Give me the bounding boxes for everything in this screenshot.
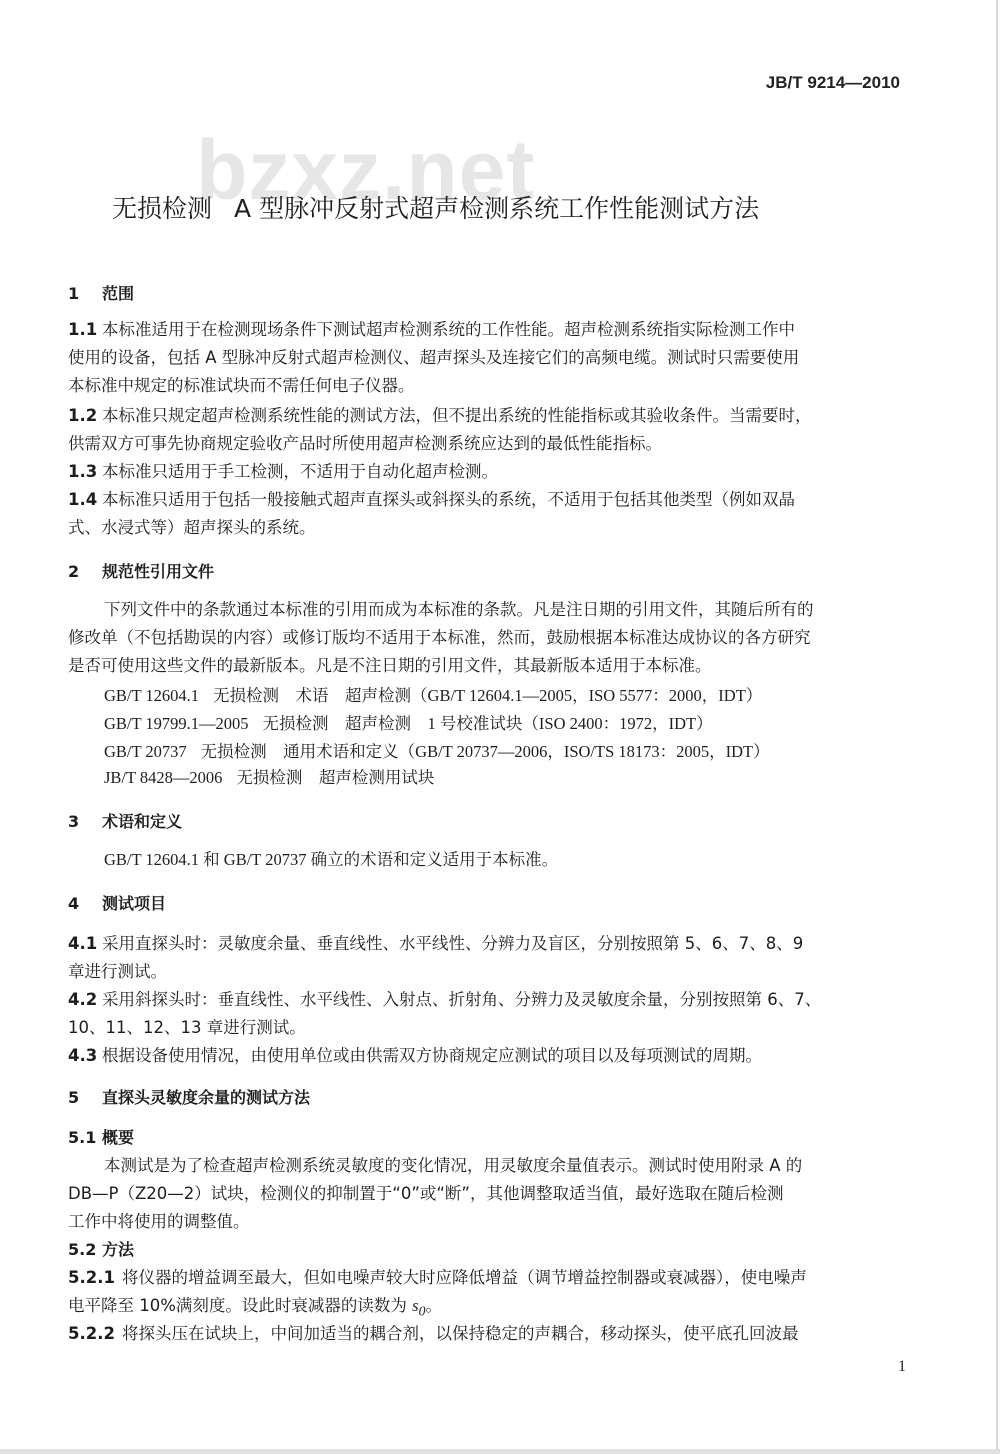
section-3-heading: 3术语和定义 <box>68 810 182 834</box>
section-2-intro-line-3: 是否可使用这些文件的最新版本。凡是不注日期的引用文件，其最新版本适用于本标准。 <box>68 654 712 678</box>
clause-4-1-line-1: 4.1采用直探头时：灵敏度余量、垂直线性、水平线性、分辨力及盲区，分别按照第 5… <box>68 932 803 956</box>
clause-1-4-line-2: 式、水浸式等）超声探头的系统。 <box>68 516 316 540</box>
section-2-intro-line-2: 修改单（不包括勘误的内容）或修订版均不适用于本标准，然而，鼓励根据本标准达成协议… <box>68 626 811 650</box>
title-part2: A 型脉冲反射式超声检测系统工作性能测试方法 <box>234 194 759 223</box>
document-title: 无损检测A 型脉冲反射式超声检测系统工作性能测试方法 <box>112 192 892 226</box>
subsection-5-1-heading: 5.1概要 <box>68 1126 134 1150</box>
clause-1-1-line-2: 使用的设备，包括 A 型脉冲反射式超声检测仪、超声探头及连接它们的高频电缆。测试… <box>68 346 799 370</box>
page-edge-bottom <box>0 1449 1000 1454</box>
clause-1-3-line-1: 1.3本标准只适用于手工检测，不适用于自动化超声检测。 <box>68 460 498 484</box>
section-5-heading: 5直探头灵敏度余量的测试方法 <box>68 1086 310 1110</box>
section-2-heading: 2规范性引用文件 <box>68 560 214 584</box>
reference-item: GB/T 12604.1无损检测 术语 超声检测（GB/T 12604.1—20… <box>104 684 762 708</box>
standard-number: JB/T 9214—2010 <box>766 73 900 93</box>
clause-4-2-line-2: 10、11、12、13 章进行测试。 <box>68 1016 306 1040</box>
section-1-heading: 1范围 <box>68 282 134 306</box>
clause-1-2-line-2: 供需双方可事先协商规定验收产品时所使用超声检测系统应达到的最低性能指标。 <box>68 432 662 456</box>
page-number: 1 <box>898 1358 906 1376</box>
section-3-body: GB/T 12604.1 和 GB/T 20737 确立的术语和定义适用于本标准… <box>104 848 558 872</box>
variable-s0: s0 <box>412 1296 425 1315</box>
clause-1-1-line-3: 本标准中规定的标准试块而不需任何电子仪器。 <box>68 374 415 398</box>
clause-1-2-line-1: 1.2本标准只规定超声检测系统性能的测试方法，但不提出系统的性能指标或其验收条件… <box>68 404 812 428</box>
reference-item: GB/T 20737无损检测 通用术语和定义（GB/T 20737—2006，I… <box>104 740 770 764</box>
clause-4-1-line-2: 章进行测试。 <box>68 960 167 984</box>
clause-1-4-line-1: 1.4本标准只适用于包括一般接触式超声直探头或斜探头的系统，不适用于包括其他类型… <box>68 488 795 512</box>
section-2-intro-line-1: 下列文件中的条款通过本标准的引用而成为本标准的条款。凡是注日期的引用文件，其随后… <box>104 598 814 622</box>
clause-1-1-line-1: 1.1本标准适用于在检测现场条件下测试超声检测系统的工作性能。超声检测系统指实际… <box>68 318 795 342</box>
subsection-5-1-line-2: DB—P（Z20—2）试块，检测仪的抑制置于“0”或“断”，其他调整取适当值，最… <box>68 1182 783 1206</box>
clause-4-3-line-1: 4.3根据设备使用情况，由使用单位或由供需双方协商规定应测试的项目以及每项测试的… <box>68 1044 762 1068</box>
subsection-5-2-heading: 5.2方法 <box>68 1238 134 1262</box>
clause-5-2-1-line-2: 电平降至 10%满刻度。设此时衰减器的读数为 s0。 <box>68 1294 442 1323</box>
reference-item: JB/T 8428—2006无损检测 超声检测用试块 <box>104 766 434 790</box>
title-part1: 无损检测 <box>112 194 212 223</box>
reference-item: GB/T 19799.1—2005无损检测 超声检测 1 号校准试块（ISO 2… <box>104 712 713 736</box>
clause-5-2-2-line-1: 5.2.2将探头压在试块上，中间加适当的耦合剂，以保持稳定的声耦合，移动探头，使… <box>68 1322 799 1346</box>
subsection-5-1-line-1: 本测试是为了检查超声检测系统灵敏度的变化情况，用灵敏度余量值表示。测试时使用附录… <box>104 1154 802 1178</box>
page-edge-right <box>996 0 998 1452</box>
clause-4-2-line-1: 4.2采用斜探头时：垂直线性、水平线性、入射点、折射角、分辨力及灵敏度余量，分别… <box>68 988 821 1012</box>
subsection-5-1-line-3: 工作中将使用的调整值。 <box>68 1210 250 1234</box>
clause-5-2-1-line-1: 5.2.1将仪器的增益调至最大，但如电噪声较大时应降低增益（调节增益控制器或衰减… <box>68 1266 807 1290</box>
section-4-heading: 4测试项目 <box>68 892 166 916</box>
